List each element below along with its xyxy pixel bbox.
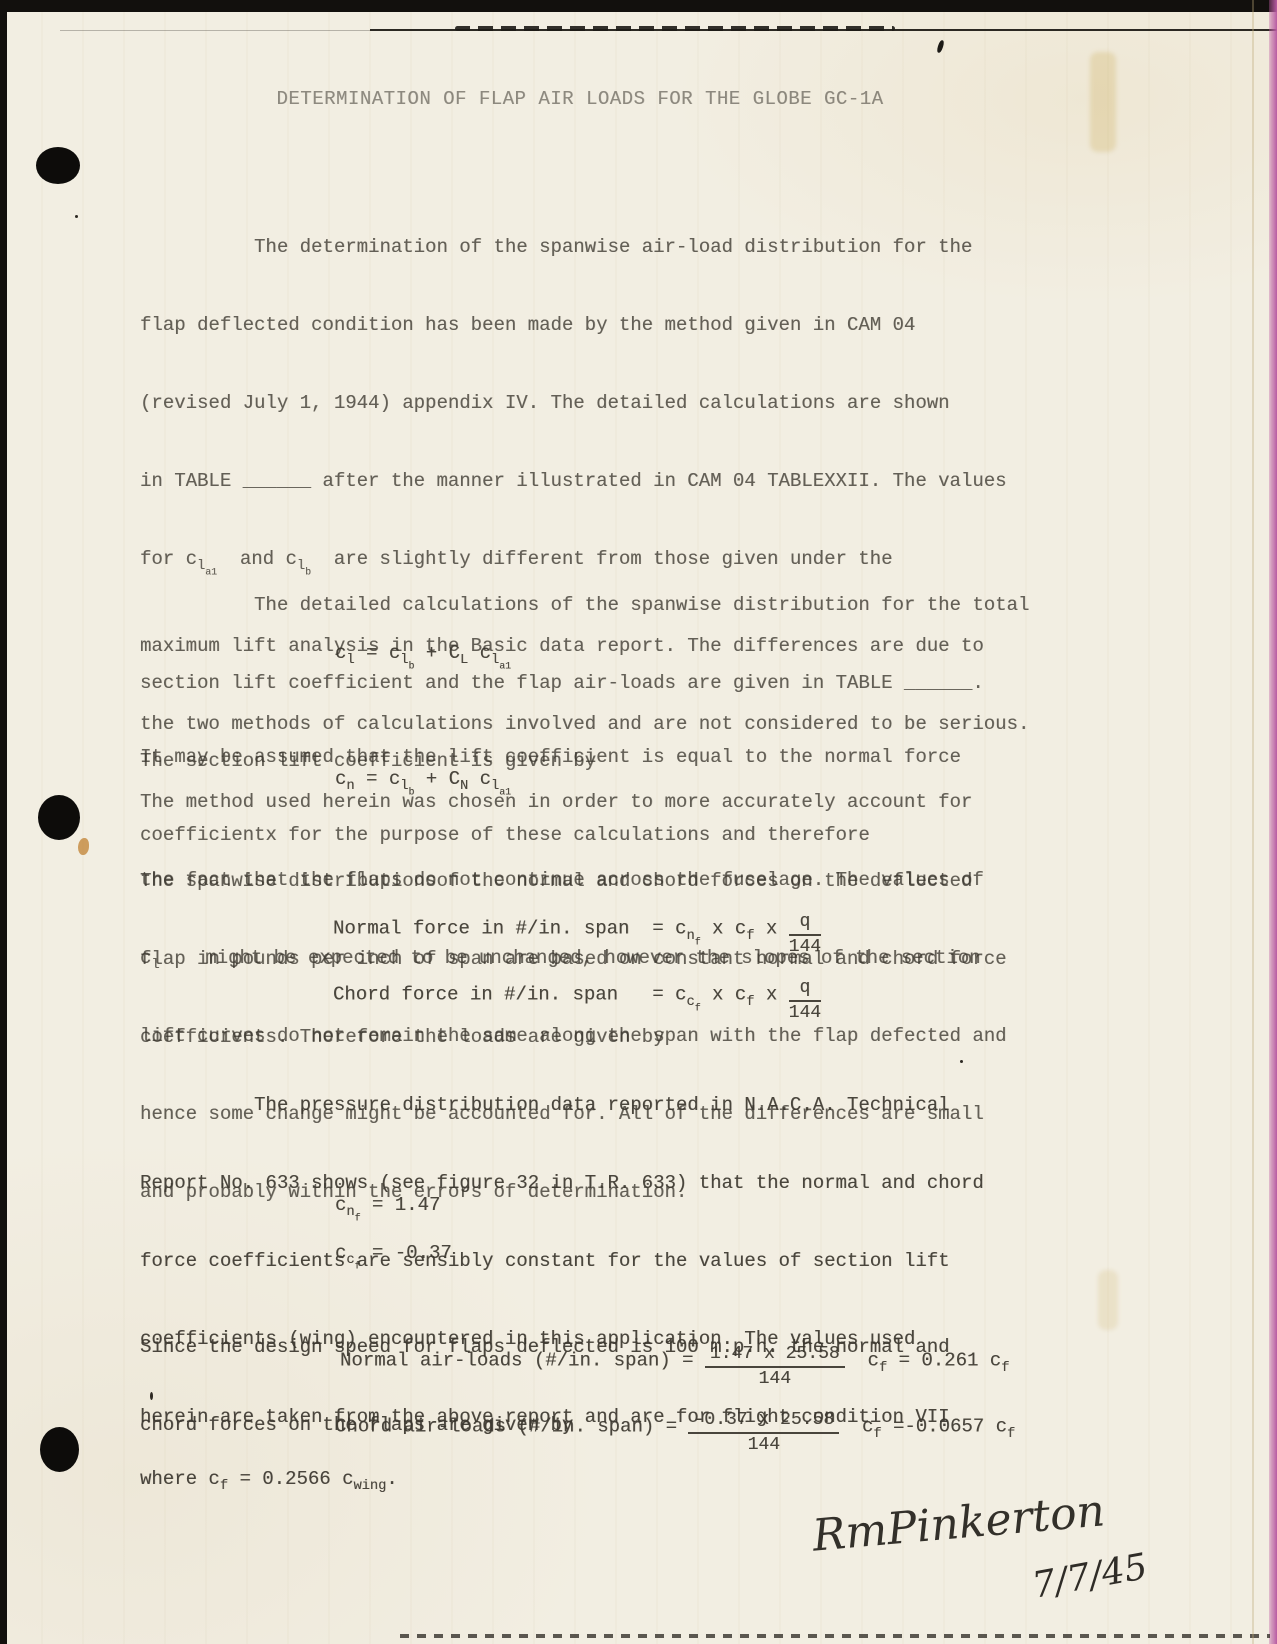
equation-section-lift: cl = clb + CL cla1 — [335, 640, 511, 667]
top-rule-line-faint — [60, 30, 370, 31]
left-scan-edge — [0, 0, 7, 1644]
paper-crease-line — [1252, 0, 1254, 1644]
where-clause: where cf = 0.2566 cwing. — [140, 1466, 398, 1492]
text-line: The determination of the spanwise air-lo… — [140, 234, 1029, 260]
right-pink-scan-edge — [1269, 0, 1277, 1644]
top-scan-edge — [0, 0, 1277, 12]
signature-date: 7/7/45 — [1029, 1546, 1150, 1606]
equation-normal-airloads: Normal air-loads (#/in. span) = 1.47 x 2… — [340, 1344, 1009, 1390]
document-title: DETERMINATION OF FLAP AIR LOADS FOR THE … — [130, 86, 1030, 112]
top-jagged-marks — [455, 26, 895, 31]
value-cnf: cnf = 1.47 — [335, 1192, 440, 1219]
yellow-stain-top-right — [1090, 52, 1116, 152]
equation-chord-force: Chord force in #/in. span = ccf x cf x q… — [333, 978, 821, 1024]
equation-normal-coefficient: cn = clb + CN cla1 — [335, 766, 511, 793]
text-line: The detailed calculations of the spanwis… — [140, 592, 1029, 618]
hole-punch-bottom — [40, 1427, 79, 1472]
text-line: Report No. 633 shows (see figure 32 in T… — [140, 1170, 984, 1196]
value-ccf: ccf = -0.37 — [335, 1240, 452, 1267]
orange-stain — [78, 838, 89, 855]
text-line: in TABLE ______ after the manner illustr… — [140, 468, 1029, 494]
hole-punch-middle — [38, 795, 80, 840]
text-line: It may be assumed that the lift coeffici… — [140, 744, 961, 770]
equation-chord-airloads: Chord air-loads (#/in. span) = -0.37 x 2… — [335, 1410, 1015, 1456]
equation-normal-force: Normal force in #/in. span = cnf x cf x … — [333, 912, 821, 958]
text-line: force coefficients are sensibly constant… — [140, 1248, 984, 1274]
document-page: DETERMINATION OF FLAP AIR LOADS FOR THE … — [0, 0, 1277, 1644]
yellow-stain-mid-right — [1098, 1270, 1118, 1330]
text-line: flap deflected condition has been made b… — [140, 312, 1029, 338]
paper-speck — [75, 215, 78, 218]
stray-ink-mark — [936, 40, 945, 54]
text-line: The pressure distribution data reported … — [140, 1092, 984, 1118]
hole-punch-top — [36, 147, 80, 184]
text-line: The spanwise distributionsof the normal … — [140, 868, 1007, 894]
bottom-scan-edge-dots — [400, 1634, 1270, 1638]
signature-name: RmPinkerton — [810, 1485, 1106, 1561]
text-line: (revised July 1, 1944) appendix IV. The … — [140, 390, 1029, 416]
